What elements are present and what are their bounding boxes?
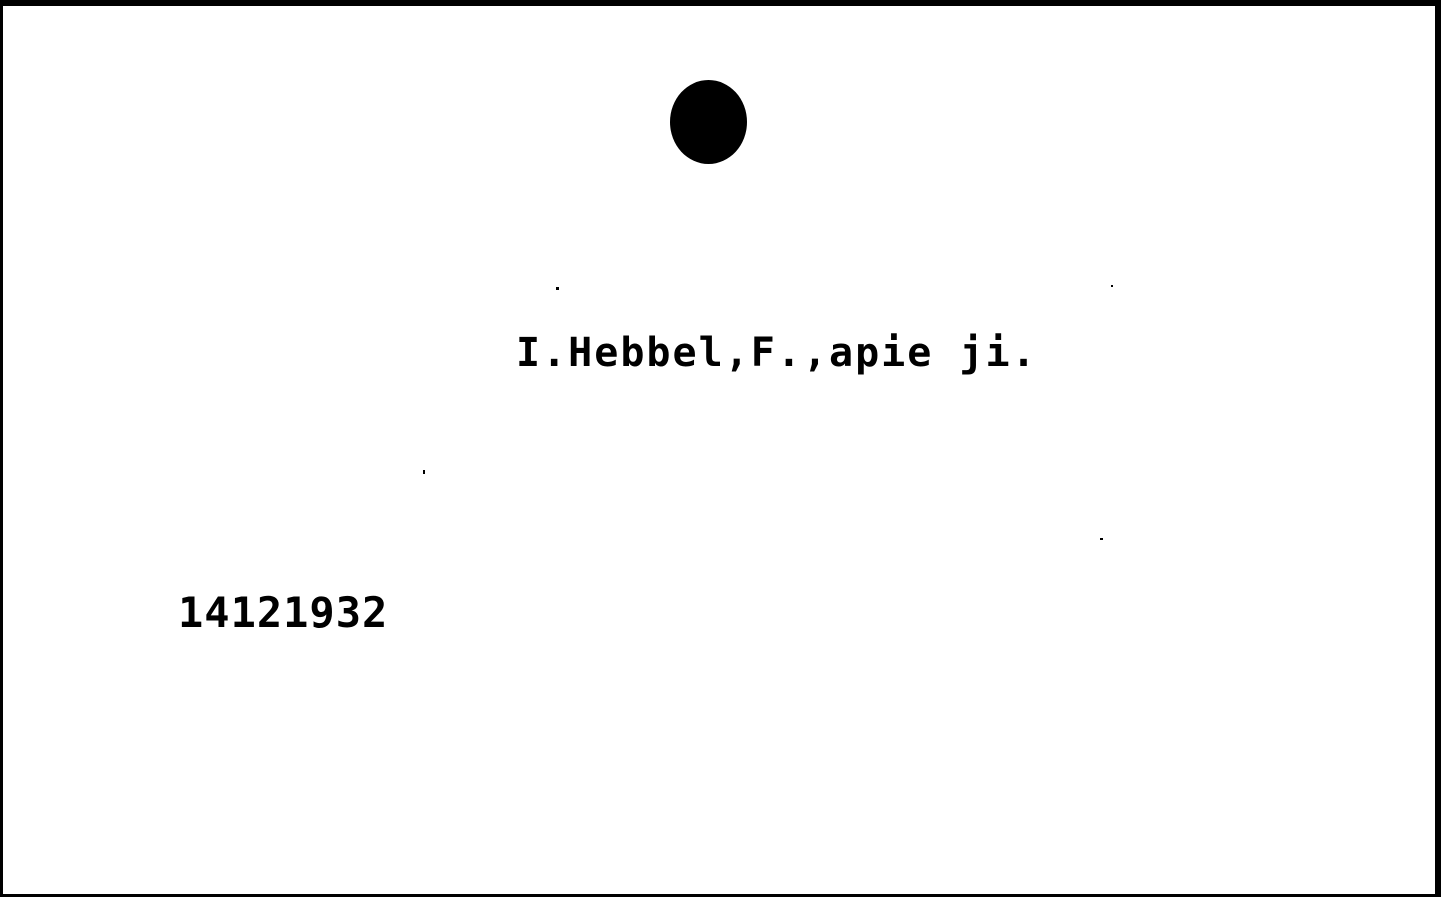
card-border-right xyxy=(1435,0,1441,897)
punch-hole xyxy=(670,80,747,164)
dust-speck xyxy=(1100,538,1103,540)
dust-speck xyxy=(556,287,559,290)
dust-speck xyxy=(423,470,425,474)
card-heading: I.Hebbel,F.,apie ji. xyxy=(516,330,1038,376)
card-date-code: 14121932 xyxy=(178,588,388,637)
dust-speck xyxy=(1111,285,1113,287)
